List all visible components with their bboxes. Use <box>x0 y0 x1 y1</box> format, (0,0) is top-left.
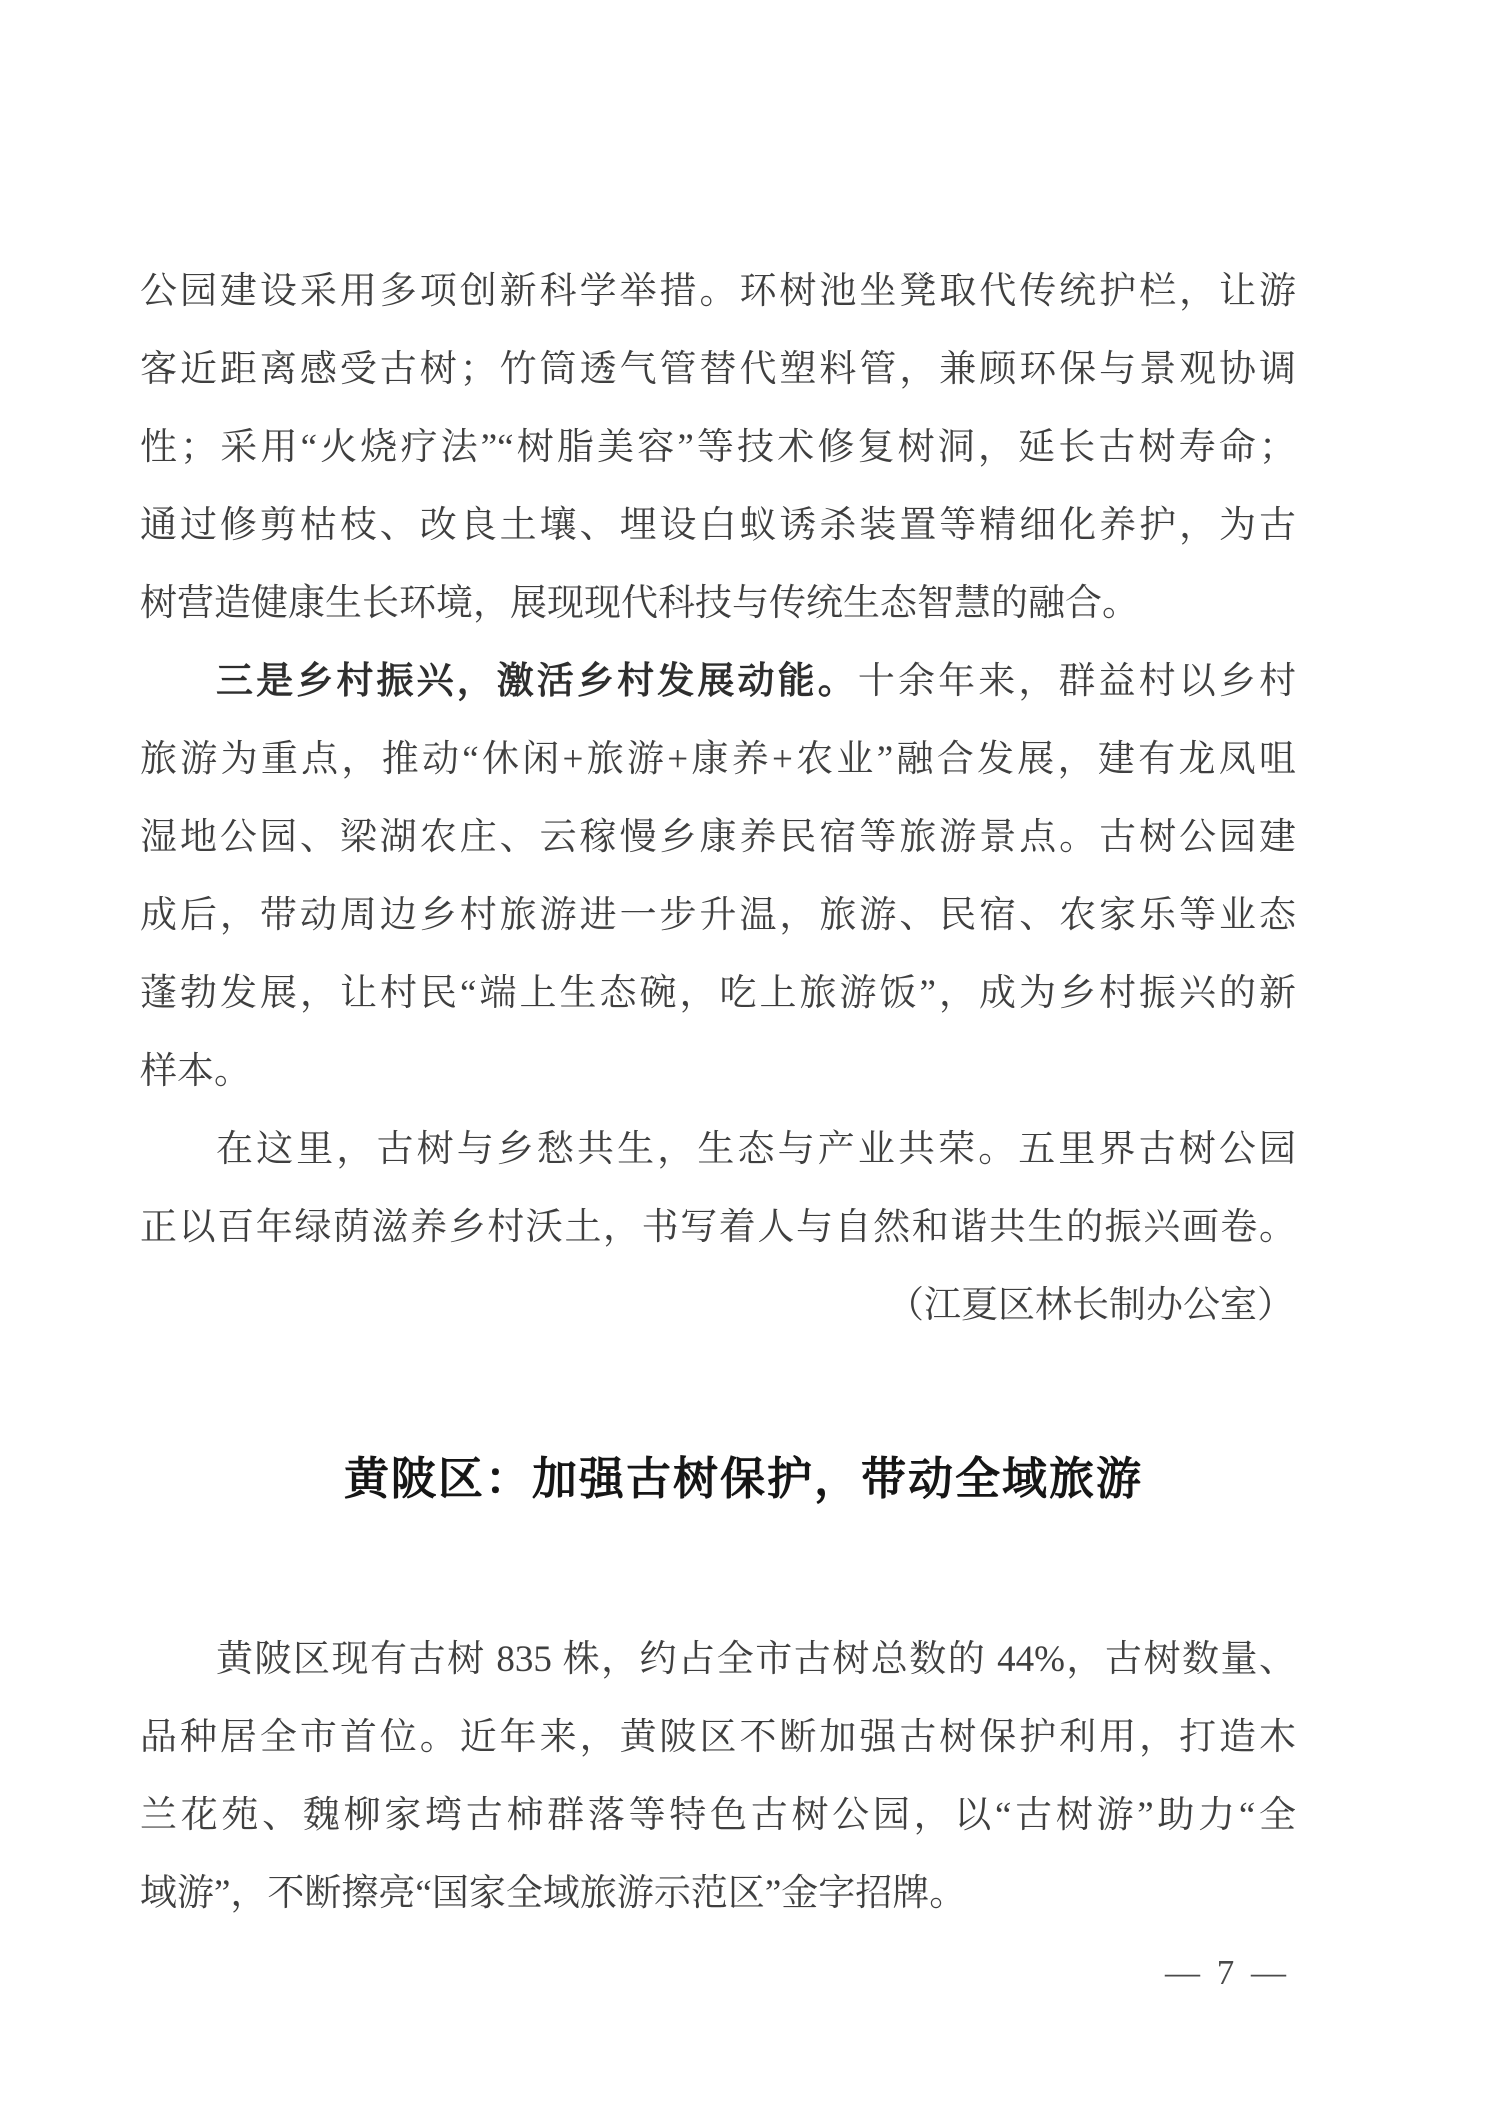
paragraph1-line: 客近距离感受古树；竹筒透气管替代塑料管，兼顾环保与景观协调 <box>140 331 1296 409</box>
page-number: — 7 — <box>1165 1948 1290 1998</box>
paragraph1-line: 性；采用“火烧疗法”“树脂美容”等技术修复树洞，延长古树寿命； <box>140 409 1296 487</box>
attribution: （江夏区林长制办公室） <box>140 1267 1296 1345</box>
paragraph2-line: 样本。 <box>140 1033 1296 1111</box>
paragraph4-line: 域游”，不断擦亮“国家全域旅游示范区”金字招牌。 <box>140 1855 1296 1933</box>
section-heading: 黄陂区：加强古树保护，带动全域旅游 <box>0 1438 1487 1520</box>
paragraph1-line: 公园建设采用多项创新科学举措。环树池坐凳取代传统护栏，让游 <box>140 253 1296 331</box>
paragraph3-line: 正以百年绿荫滋养乡村沃土，书写着人与自然和谐共生的振兴画卷。 <box>140 1189 1296 1267</box>
paragraph4-line: 兰花苑、魏柳家塆古柿群落等特色古树公园，以“古树游”助力“全 <box>140 1777 1296 1855</box>
paragraph1-line: 树营造健康生长环境，展现现代科技与传统生态智慧的融合。 <box>140 565 1296 643</box>
paragraph1-line: 通过修剪枯枝、改良土壤、埋设白蚁诱杀装置等精细化养护，为古 <box>140 487 1296 565</box>
paragraph2-line: 旅游为重点，推动“休闲+旅游+康养+农业”融合发展，建有龙凤咀 <box>140 721 1296 799</box>
paragraph2-line: 蓬勃发展，让村民“端上生态碗，吃上旅游饭”，成为乡村振兴的新 <box>140 955 1296 1033</box>
paragraph2-line-rest: 十余年来，群益村以乡村 <box>858 661 1296 702</box>
paragraph2-line: 湿地公园、梁湖农庄、云稼慢乡康养民宿等旅游景点。古树公园建 <box>140 799 1296 877</box>
paragraph4-line: 黄陂区现有古树 835 株，约占全市古树总数的 44%，古树数量、 <box>140 1621 1296 1699</box>
paragraph2-line: 三是乡村振兴，激活乡村发展动能。十余年来，群益村以乡村 <box>140 643 1296 721</box>
paragraph4-line: 品种居全市首位。近年来，黄陂区不断加强古树保护利用，打造木 <box>140 1699 1296 1777</box>
document-page: 公园建设采用多项创新科学举措。环树池坐凳取代传统护栏，让游 客近距离感受古树；竹… <box>0 0 1487 2102</box>
paragraph3-line: 在这里，古树与乡愁共生，生态与产业共荣。五里界古树公园 <box>140 1111 1296 1189</box>
section-text-block: 黄陂区现有古树 835 株，约占全市古树总数的 44%，古树数量、 品种居全市首… <box>140 1621 1296 1933</box>
paragraph2-line: 成后，带动周边乡村旅游进一步升温，旅游、民宿、农家乐等业态 <box>140 877 1296 955</box>
main-text-block: 公园建设采用多项创新科学举措。环树池坐凳取代传统护栏，让游 客近距离感受古树；竹… <box>140 253 1296 1345</box>
paragraph2-lead-in: 三是乡村振兴，激活乡村发展动能。 <box>216 661 858 702</box>
